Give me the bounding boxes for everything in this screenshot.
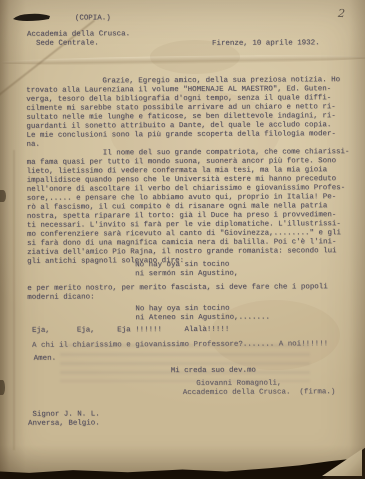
signature-block: Giovanni Romagnoli, Accademico della Cru… bbox=[183, 379, 336, 398]
amen-line: Amen. bbox=[34, 355, 56, 364]
spanish-verse-2: No hay oya sin tocino ni Ateneo sin Agus… bbox=[135, 305, 270, 324]
letterhead: Accademia della Crusca. Sede Centrale. bbox=[27, 30, 130, 49]
paragraph-second: Il nome del suo grande compatriota, che … bbox=[27, 148, 351, 267]
question-line: A chi il chiarissimo e giovanissimo Prof… bbox=[28, 340, 329, 351]
scanned-paper-sheet: 2 (COPIA.) Accademia della Crusca. Sede … bbox=[0, 0, 365, 479]
copy-label: (COPIA.) bbox=[75, 14, 111, 23]
recipient-address: Signor J. N. L. Anversa, Belgio. bbox=[28, 410, 100, 428]
spanish-verse-1: No hay oya sin tocino ni sermón sin Agus… bbox=[135, 261, 238, 280]
paragraph-first: Grazie, Egregio amico, della sua prezios… bbox=[26, 76, 340, 150]
valediction: Mi creda suo dev.mo bbox=[171, 367, 256, 376]
dateline: Firenze, 10 aprile 1932. bbox=[212, 39, 320, 49]
letter-content: (COPIA.) Accademia della Crusca. Sede Ce… bbox=[0, 0, 365, 479]
fascist-chant: Eja, Eja, Eja !!!!!! Alalà!!!!! bbox=[27, 326, 229, 336]
paragraph-merito: e per merito nostro, per merito fascista… bbox=[27, 283, 328, 303]
